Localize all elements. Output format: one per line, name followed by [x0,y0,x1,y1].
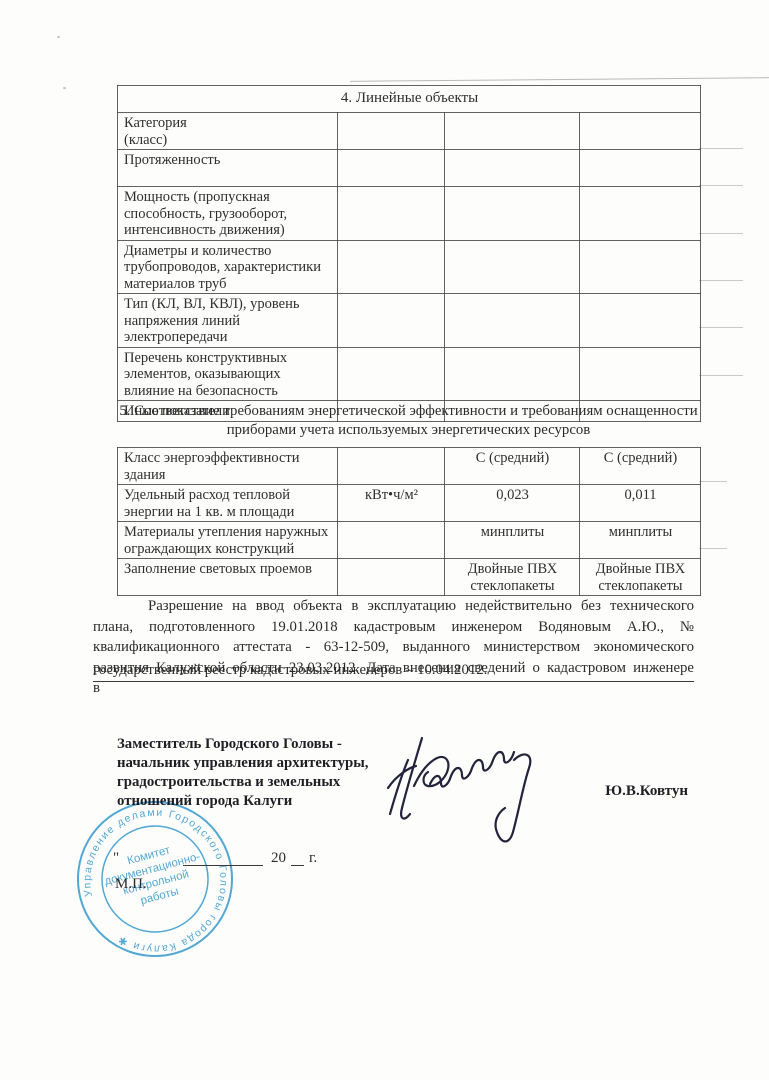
empty-cell [580,150,701,187]
empty-cell [580,294,701,348]
date-year-suffix: г. [309,850,317,867]
empty-cell [445,150,580,187]
scan-line [699,375,743,376]
scan-speck [57,36,60,38]
unit-cell [338,522,445,559]
cadastral-note: Разрешение на ввод объекта в эксплуатаци… [93,596,694,699]
empty-cell [445,347,580,401]
linear-objects-table: 4. Линейные объекты Категория (класс) Пр… [117,85,701,422]
unit-cell [338,448,445,485]
table4-title: 4. Линейные объекты [118,86,701,113]
table-row: Удельный расход тепловой энергии на 1 кв… [118,485,701,522]
table-row: Заполнение световых проемов Двойные ПВХ … [118,559,701,596]
row-label-cell: Удельный расход тепловой энергии на 1 кв… [118,485,338,522]
value-cell: Двойные ПВХ стеклопакеты [445,559,580,596]
table-row: Категория (класс) [118,113,701,150]
energy-efficiency-table: Класс энергоэффективности здания С (сред… [117,447,701,596]
row-label-cell: Тип (КЛ, ВЛ, КВЛ), уровень напряжения ли… [118,294,338,348]
table-row: Тип (КЛ, ВЛ, КВЛ), уровень напряжения ли… [118,294,701,348]
scan-line [699,148,743,149]
signer-name: Ю.В.Ковтун [605,783,688,800]
unit-cell: кВт•ч/м² [338,485,445,522]
table-row: Мощность (пропускная способность, грузоо… [118,187,701,241]
document-page: 4. Линейные объекты Категория (класс) Пр… [0,0,769,1080]
scan-line [350,77,769,82]
row-label-cell: Класс энергоэффективности здания [118,448,338,485]
cadastral-note-underlined: государственный реестр кадастровых инжен… [93,660,694,682]
row-label-cell: Диаметры и количество трубопроводов, хар… [118,240,338,294]
empty-cell [338,187,445,241]
committee-stamp: Управление делами Городского Головы горо… [60,791,250,971]
value-cell: С (средний) [580,448,701,485]
empty-cell [338,347,445,401]
value-cell: 0,023 [445,485,580,522]
empty-cell [445,113,580,150]
row-label-cell: Заполнение световых проемов [118,559,338,596]
value-cell: минплиты [580,522,701,559]
table-row: Диаметры и количество трубопроводов, хар… [118,240,701,294]
table-row: Перечень конструктивных элементов, оказы… [118,347,701,401]
date-year-prefix: 20 [271,850,286,867]
scan-line [699,481,727,482]
empty-cell [580,240,701,294]
empty-cell [338,150,445,187]
value-cell: Двойные ПВХ стеклопакеты [580,559,701,596]
row-label-cell: Протяженность [118,150,338,187]
table-row: Протяженность [118,150,701,187]
scan-speck [63,87,66,89]
row-label-cell: Перечень конструктивных элементов, оказы… [118,347,338,401]
value-cell: минплиты [445,522,580,559]
empty-cell [338,294,445,348]
unit-cell [338,559,445,596]
date-fill-line: " 20 г. [113,850,343,870]
seal-placeholder-label: М.П. [115,876,147,893]
table-row: Материалы утепления наружных ограждающих… [118,522,701,559]
section5-heading: 5. Соответствие требованиям энергетическ… [117,402,700,440]
date-quote-mark: " [113,850,119,867]
scan-line [699,185,743,186]
table-title-row: 4. Линейные объекты [118,86,701,113]
empty-cell [580,113,701,150]
value-cell: 0,011 [580,485,701,522]
empty-cell [338,240,445,294]
row-label-cell: Категория (класс) [118,113,338,150]
empty-cell [445,187,580,241]
scan-line [699,548,727,549]
empty-cell [445,294,580,348]
empty-cell [580,187,701,241]
signature-ink [378,716,543,856]
date-blank-line [183,865,263,866]
row-label-cell: Материалы утепления наружных ограждающих… [118,522,338,559]
scan-line [699,327,743,328]
scan-line [699,233,743,234]
table-row: Класс энергоэффективности здания С (сред… [118,448,701,485]
row-label-cell: Мощность (пропускная способность, грузоо… [118,187,338,241]
date-blank-line [291,865,304,866]
scan-line [699,280,743,281]
empty-cell [445,240,580,294]
empty-cell [580,347,701,401]
empty-cell [338,113,445,150]
value-cell: С (средний) [445,448,580,485]
